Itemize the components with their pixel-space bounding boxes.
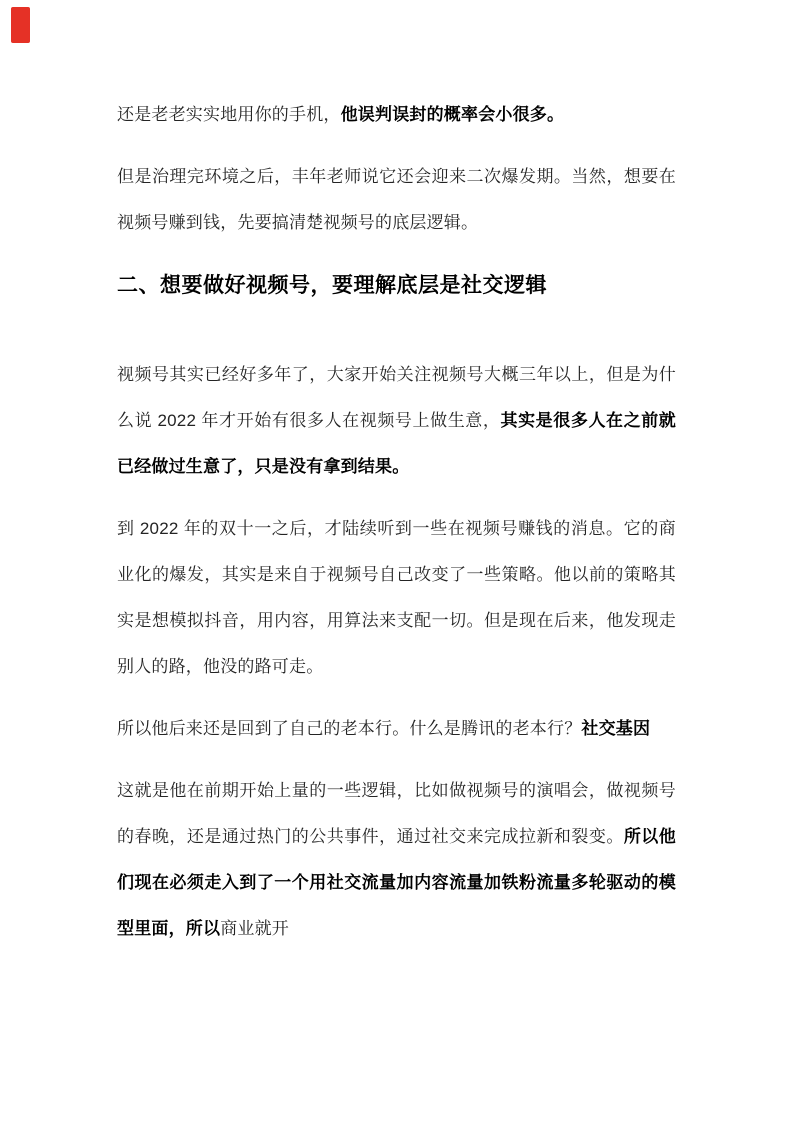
paragraph: 这就是他在前期开始上量的一些逻辑，比如做视频号的演唱会，做视频号的春晚，还是通过…: [117, 768, 676, 952]
text-run: 这就是他在前期开始上量的一些逻辑，比如做视频号的演唱会，做视频号的春晚，还是通过…: [117, 781, 676, 846]
text-run: 所以他后来还是回到了自己的老本行。什么是腾讯的老本行？: [117, 719, 581, 738]
paragraph: 视频号其实已经好多年了，大家开始关注视频号大概三年以上，但是为什么说 2022 …: [117, 352, 676, 490]
text-run: 二、想要做好视频号，要理解底层是社交逻辑: [117, 274, 547, 297]
red-corner-marker: [11, 7, 30, 43]
text-run: 还是老老实实地用你的手机，: [117, 105, 341, 124]
section-heading: 二、想要做好视频号，要理解底层是社交逻辑: [117, 270, 676, 302]
document-page: 还是老老实实地用你的手机，他误判误封的概率会小很多。但是治理完环境之后，丰年老师…: [0, 0, 793, 1122]
text-run: 社交基因: [581, 719, 650, 738]
paragraph: 但是治理完环境之后，丰年老师说它还会迎来二次爆发期。当然，想要在视频号赚到钱，先…: [117, 154, 676, 246]
paragraph: 还是老老实实地用你的手机，他误判误封的概率会小很多。: [117, 92, 676, 138]
text-run: 到 2022 年的双十一之后，才陆续听到一些在视频号赚钱的消息。它的商业化的爆发…: [117, 519, 676, 676]
text-run: 他误判误封的概率会小很多。: [341, 105, 565, 124]
document-content: 还是老老实实地用你的手机，他误判误封的概率会小很多。但是治理完环境之后，丰年老师…: [117, 92, 676, 968]
paragraph: 到 2022 年的双十一之后，才陆续听到一些在视频号赚钱的消息。它的商业化的爆发…: [117, 506, 676, 690]
text-run: 商业就开: [220, 919, 289, 938]
paragraph: 所以他后来还是回到了自己的老本行。什么是腾讯的老本行？社交基因: [117, 706, 676, 752]
text-run: 但是治理完环境之后，丰年老师说它还会迎来二次爆发期。当然，想要在视频号赚到钱，先…: [117, 167, 676, 232]
